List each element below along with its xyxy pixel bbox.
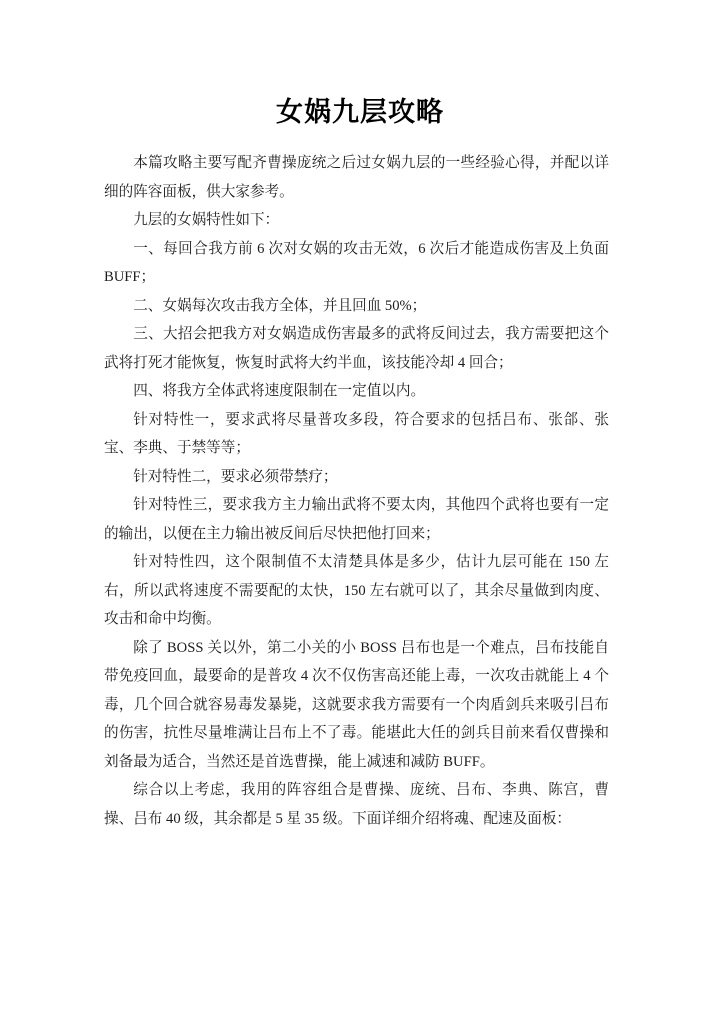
paragraph-counter-3: 针对特性三，要求我方主力输出武将不要太肉，其他四个武将也要有一定的输出，以便在主… bbox=[104, 491, 609, 548]
document-title: 女娲九层攻略 bbox=[0, 0, 720, 128]
paragraph-counter-4: 针对特性四，这个限制值不太清楚具体是多少，估计九层可能在 150 左右，所以武将… bbox=[104, 548, 609, 634]
paragraph-intro: 本篇攻略主要写配齐曹操庞统之后过女娲九层的一些经验心得，并配以详细的阵容面板，供… bbox=[104, 149, 609, 206]
paragraph-trait-3: 三、大招会把我方对女娲造成伤害最多的武将反间过去，我方需要把这个武将打死才能恢复… bbox=[104, 320, 609, 377]
paragraph-trait-1: 一、每回合我方前 6 次对女娲的攻击无效，6 次后才能造成伤害及上负面 BUFF… bbox=[104, 235, 609, 292]
paragraph-boss-lvbu: 除了 BOSS 关以外，第二小关的小 BOSS 吕布也是一个难点，吕布技能自带免… bbox=[104, 634, 609, 777]
document-body: 本篇攻略主要写配齐曹操庞统之后过女娲九层的一些经验心得，并配以详细的阵容面板，供… bbox=[104, 149, 609, 833]
paragraph-trait-4: 四、将我方全体武将速度限制在一定值以内。 bbox=[104, 377, 609, 406]
document-page: 女娲九层攻略 本篇攻略主要写配齐曹操庞统之后过女娲九层的一些经验心得，并配以详细… bbox=[0, 0, 720, 1018]
paragraph-counter-2: 针对特性二，要求必须带禁疗； bbox=[104, 463, 609, 492]
paragraph-lineup: 综合以上考虑，我用的阵容组合是曹操、庞统、吕布、李典、陈宫，曹操、吕布 40 级… bbox=[104, 776, 609, 833]
paragraph-traits-lead: 九层的女娲特性如下： bbox=[104, 206, 609, 235]
paragraph-trait-2: 二、女娲每次攻击我方全体，并且回血 50%； bbox=[104, 292, 609, 321]
paragraph-counter-1: 针对特性一，要求武将尽量普攻多段，符合要求的包括吕布、张郃、张宝、李典、于禁等等… bbox=[104, 406, 609, 463]
